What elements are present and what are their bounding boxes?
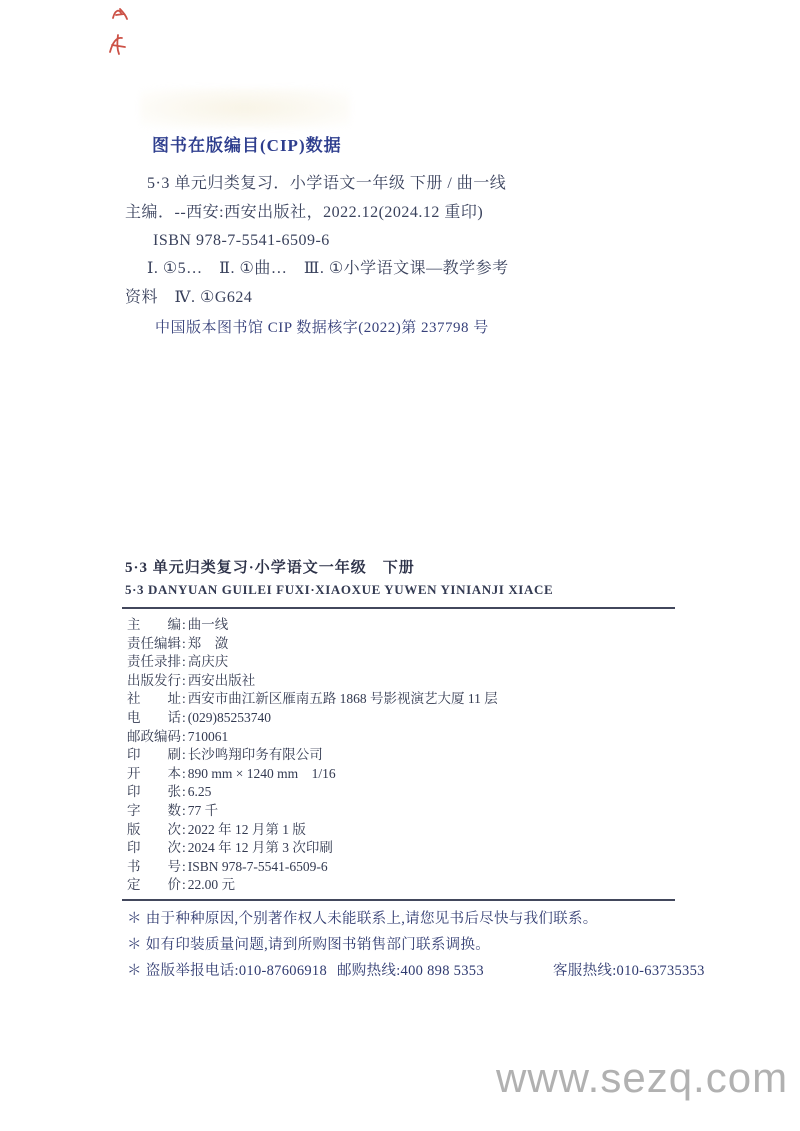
- row-label: 字 数: [127, 803, 181, 818]
- row-label: 印 刷: [127, 747, 181, 762]
- row-label: 电 话: [127, 710, 181, 725]
- publication-row-editor: 主 编:曲一线: [127, 616, 675, 635]
- row-label: 主 编: [127, 617, 181, 632]
- row-value: 890 mm × 1240 mm 1/16: [188, 766, 336, 781]
- row-value: 2022 年 12 月第 1 版: [188, 822, 306, 837]
- row-label: 版 次: [127, 822, 181, 837]
- row-value: 郑 潋: [188, 636, 229, 651]
- row-label: 开 本: [127, 766, 181, 781]
- publication-row-address: 社 址:西安市曲江新区雁南五路 1868 号影视演艺大厦 11 层: [127, 690, 675, 709]
- publication-row-wordcount: 字 数:77 千: [127, 802, 675, 821]
- notice-copyright: ＊ 由于种种原因,个别著作权人未能联系上,请您见书后尽快与我们联系。: [127, 906, 680, 932]
- cip-data-heading: 图书在版编目(CIP)数据: [152, 131, 342, 156]
- row-value: (029)85253740: [188, 710, 271, 725]
- row-value: 2024 年 12 月第 3 次印刷: [188, 840, 333, 855]
- publication-row-typesetter: 责任录排:高庆庆: [127, 653, 675, 672]
- cip-registry-number: 中国版本图书馆 CIP 数据核字(2022)第 237798 号: [155, 316, 489, 337]
- row-value: 西安市曲江新区雁南五路 1868 号影视演艺大厦 11 层: [188, 691, 498, 706]
- classification-line: Ⅰ. ①5… Ⅱ. ①曲… Ⅲ. ①小学语文课—教学参考: [125, 254, 605, 283]
- row-label: 社 址: [127, 691, 181, 706]
- row-label: 责任录排: [127, 654, 181, 669]
- divider-rule-top: [122, 607, 675, 609]
- row-label: 邮政编码: [127, 729, 181, 744]
- row-value: 高庆庆: [188, 654, 229, 669]
- cip-classification: Ⅰ. ①5… Ⅱ. ①曲… Ⅲ. ①小学语文课—教学参考 资料 Ⅳ. ①G624: [125, 254, 605, 312]
- divider-rule-bottom: [122, 899, 675, 901]
- piracy-hotline: ＊ 盗版举报电话:010-87606918: [127, 958, 327, 984]
- classification-line: 资料 Ⅳ. ①G624: [125, 283, 605, 312]
- mail-order-hotline: 邮购热线:400 898 5353: [337, 958, 484, 984]
- publisher-notices: ＊ 由于种种原因,个别著作权人未能联系上,请您见书后尽快与我们联系。 ＊ 如有印…: [127, 906, 680, 984]
- row-label: 定 价: [127, 877, 181, 892]
- row-value: 6.25: [188, 784, 212, 799]
- publication-row-price: 定 价:22.00 元: [127, 876, 675, 895]
- book-title-chinese: 5·3 单元归类复习·小学语文一年级 下册: [125, 556, 415, 577]
- row-label: 责任编辑: [127, 636, 181, 651]
- notice-quality: ＊ 如有印装质量问题,请到所购图书销售部门联系调换。: [127, 932, 680, 958]
- publication-row-edition: 版 次:2022 年 12 月第 1 版: [127, 821, 675, 840]
- row-label: 出版发行: [127, 673, 181, 688]
- publication-row-responsible-editor: 责任编辑:郑 潋: [127, 635, 675, 654]
- red-ink-marks: [104, 4, 144, 60]
- cip-record-line: 5·3 单元归类复习．小学语文一年级 下册 / 曲一线: [125, 170, 605, 199]
- book-title-pinyin: 5·3 DANYUAN GUILEI FUXI·XIAOXUE YUWEN YI…: [125, 582, 553, 598]
- scan-stain: [140, 88, 350, 128]
- cip-record-paragraph: 5·3 单元归类复习．小学语文一年级 下册 / 曲一线 主编．--西安:西安出版…: [125, 170, 605, 256]
- row-value: ISBN 978-7-5541-6509-6: [188, 859, 328, 874]
- row-value: 长沙鸣翔印务有限公司: [188, 747, 323, 762]
- customer-service-hotline: 客服热线:010-63735353: [553, 958, 705, 984]
- row-label: 印 张: [127, 784, 181, 799]
- publication-row-postcode: 邮政编码:710061: [127, 728, 675, 747]
- row-label: 书 号: [127, 859, 181, 874]
- isbn-line: ISBN 978-7-5541-6509-6: [125, 227, 605, 256]
- red-ink-scribble-icon: [106, 32, 130, 58]
- red-ink-scribble-icon: [110, 6, 130, 22]
- publication-row-sheets: 印 张:6.25: [127, 783, 675, 802]
- row-value: 77 千: [188, 803, 218, 818]
- notice-hotlines: ＊ 盗版举报电话:010-87606918 邮购热线:400 898 5353 …: [127, 958, 680, 984]
- row-label: 印 次: [127, 840, 181, 855]
- row-value: 曲一线: [188, 617, 229, 632]
- publication-row-printer: 印 刷:长沙鸣翔印务有限公司: [127, 746, 675, 765]
- site-watermark: www.sezq.com: [496, 1054, 788, 1102]
- row-value: 710061: [188, 729, 229, 744]
- publication-info-list: 主 编:曲一线 责任编辑:郑 潋 责任录排:高庆庆 出版发行:西安出版社 社 址…: [127, 616, 675, 895]
- row-value: 22.00 元: [188, 877, 235, 892]
- publication-row-printing: 印 次:2024 年 12 月第 3 次印刷: [127, 839, 675, 858]
- row-value: 西安出版社: [188, 673, 256, 688]
- publication-row-phone: 电 话:(029)85253740: [127, 709, 675, 728]
- publication-row-publisher: 出版发行:西安出版社: [127, 672, 675, 691]
- publication-row-isbn: 书 号:ISBN 978-7-5541-6509-6: [127, 858, 675, 877]
- cip-record-line: 主编．--西安:西安出版社，2022.12(2024.12 重印): [125, 199, 605, 228]
- publication-row-format: 开 本:890 mm × 1240 mm 1/16: [127, 765, 675, 784]
